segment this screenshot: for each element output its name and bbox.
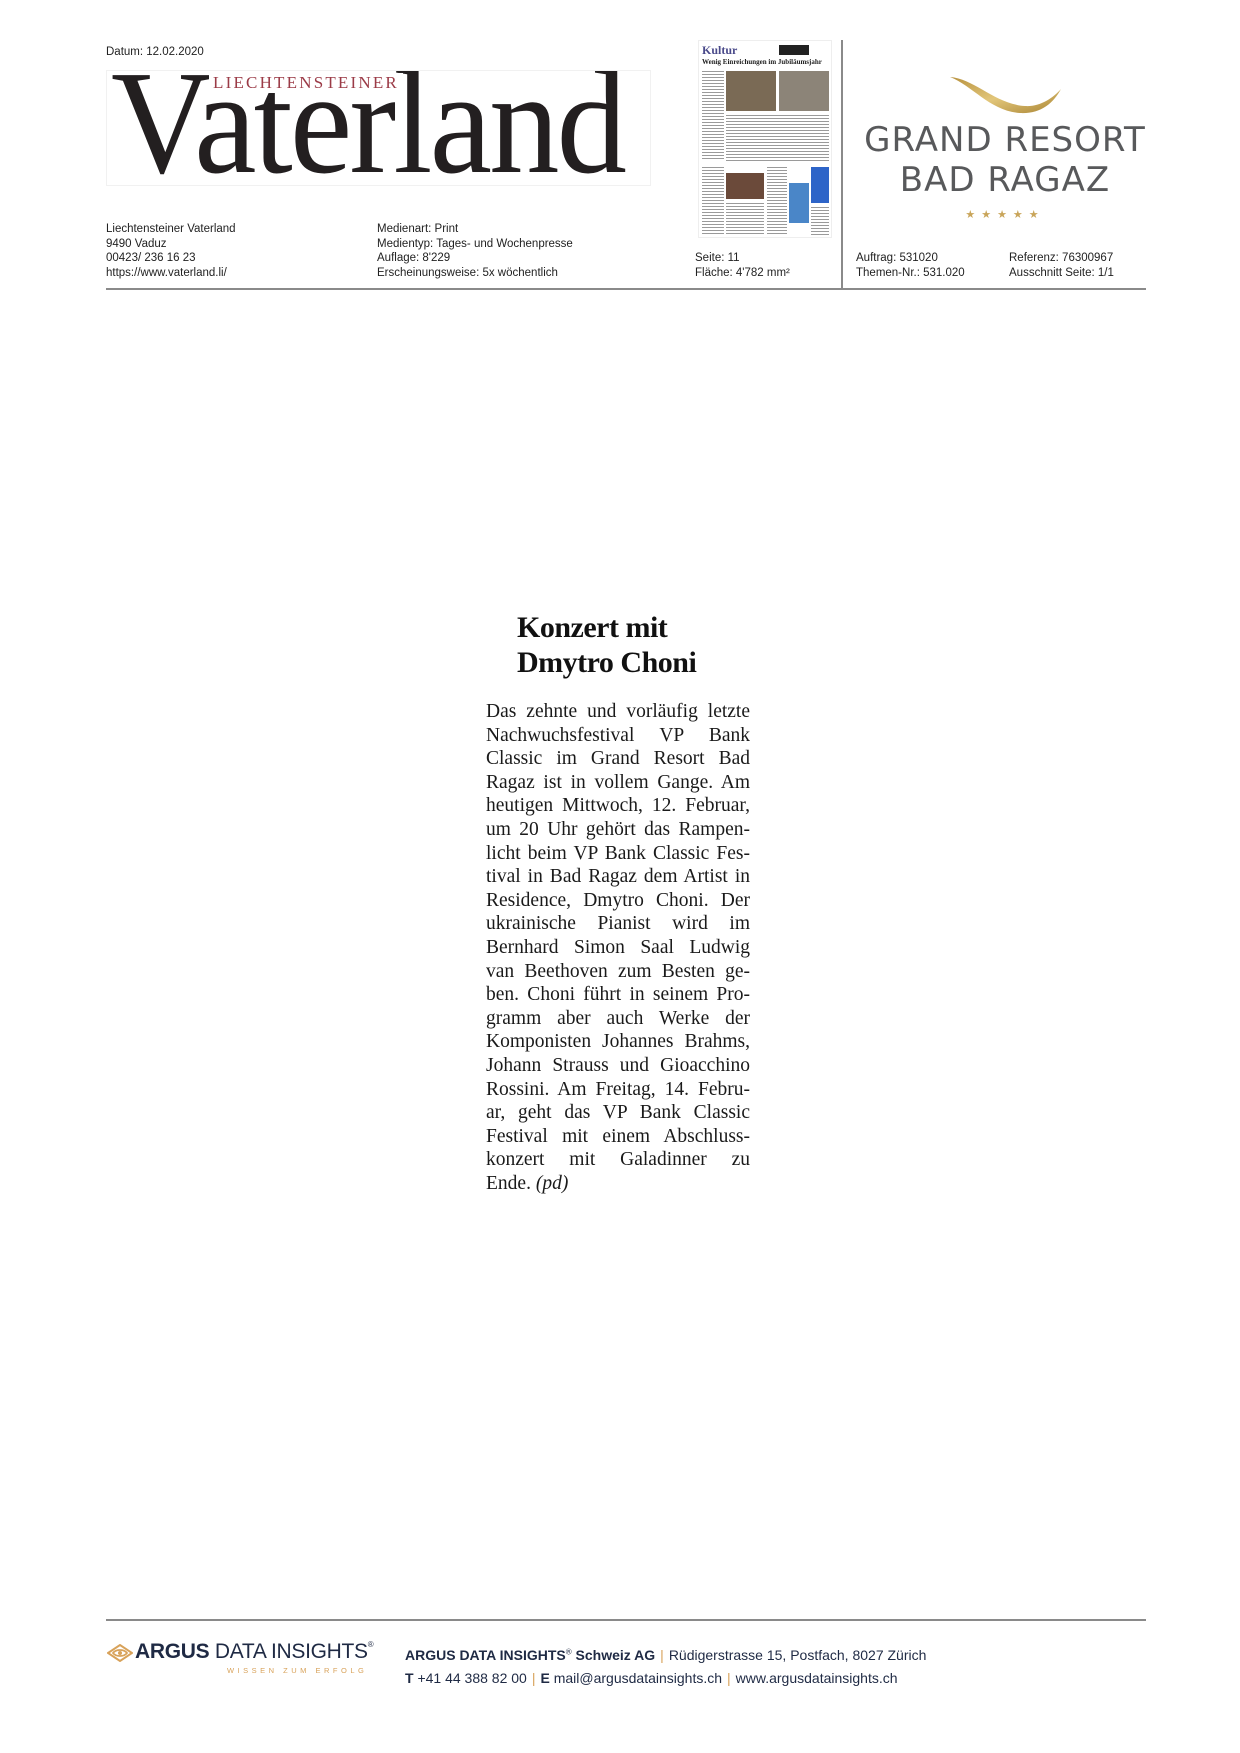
publisher-city: 9490 Vaduz — [106, 237, 236, 252]
media-category: Medientyp: Tages- und Wochenpresse — [377, 237, 573, 252]
footer-divider — [106, 1619, 1146, 1621]
thumbnail-text-block — [702, 167, 724, 235]
article-line: van Beethoven zum Besten ge- — [486, 960, 750, 984]
article-last-words: Ende. — [486, 1173, 531, 1194]
footer-company-suffix: Schweiz AG — [576, 1647, 656, 1663]
article-line: Komponisten Johannes Brahms, — [486, 1030, 750, 1054]
order-number: Auftrag: 531020 — [856, 251, 965, 266]
vaterland-logo: Vaterland LIECHTENSTEINER — [106, 70, 651, 186]
footer-separator: | — [660, 1647, 664, 1663]
footer-phone: +41 44 388 82 00 — [417, 1670, 526, 1686]
publisher-name: Liechtensteiner Vaterland — [106, 222, 236, 237]
grand-resort-logo-line1: GRAND RESORT — [850, 120, 1160, 160]
thumbnail-ad — [779, 45, 809, 55]
page-info: Seite: 11 Fläche: 4'782 mm² — [695, 251, 790, 280]
thumbnail-text-block — [702, 71, 724, 161]
article-line: Nachwuchsfestival VP Bank — [486, 724, 750, 748]
swoosh-icon — [945, 74, 1065, 116]
publisher-phone: 00423/ 236 16 23 — [106, 251, 236, 266]
article-line: gramm aber auch Werke der — [486, 1007, 750, 1031]
footer-contact-line: T +41 44 388 82 00|E mail@argusdatainsig… — [405, 1670, 898, 1686]
article-line: heutigen Mittwoch, 12. Februar, — [486, 794, 750, 818]
thumbnail-headline: Wenig Einreichungen im Jubiläumsjahr — [702, 58, 822, 66]
header-vertical-divider — [841, 40, 843, 288]
order-info: Auftrag: 531020 Themen-Nr.: 531.020 — [856, 251, 965, 280]
argus-eye-icon — [107, 1644, 133, 1662]
footer-website[interactable]: www.argusdatainsights.ch — [736, 1670, 898, 1686]
footer-address: Rüdigerstrasse 15, Postfach, 8027 Zürich — [669, 1647, 927, 1663]
publisher-url[interactable]: https://www.vaterland.li/ — [106, 266, 236, 281]
circulation: Auflage: 8'229 — [377, 251, 573, 266]
article-line: um 20 Uhr gehört das Rampen- — [486, 818, 750, 842]
thumbnail-photo — [726, 71, 776, 111]
thumbnail-text-block — [811, 207, 829, 235]
thumbnail-photo — [726, 173, 764, 199]
header-divider — [106, 288, 1146, 290]
article-title: Konzert mit Dmytro Choni — [517, 610, 696, 680]
page-number: Seite: 11 — [695, 251, 790, 266]
reference-number: Referenz: 76300967 — [1009, 251, 1114, 266]
argus-logo-light: DATA INSIGHTS — [215, 1640, 368, 1663]
article-line: Residence, Dmytro Choni. Der — [486, 889, 750, 913]
area: Fläche: 4'782 mm² — [695, 266, 790, 281]
vaterland-logo-subtitle: LIECHTENSTEINER — [209, 73, 403, 93]
argus-logo-tagline: WISSEN ZUM ERFOLG — [227, 1666, 367, 1675]
clipping-page: Ausschnitt Seite: 1/1 — [1009, 266, 1114, 281]
article-line: ukrainische Pianist wird im — [486, 912, 750, 936]
footer-separator: | — [532, 1670, 536, 1686]
article-line: ben. Choni führt in seinem Pro- — [486, 983, 750, 1007]
footer-company: ARGUS DATA INSIGHTS — [405, 1647, 566, 1663]
argus-logo-bold: ARGUS — [135, 1640, 209, 1663]
article-line: konzert mit Galadinner zu — [486, 1148, 750, 1172]
frequency: Erscheinungsweise: 5x wöchentlich — [377, 266, 573, 281]
article-line: ar, geht das VP Bank Classic — [486, 1101, 750, 1125]
article-title-line1: Konzert mit — [517, 610, 696, 645]
article-author: (pd) — [536, 1173, 569, 1194]
media-info: Medienart: Print Medientyp: Tages- und W… — [377, 222, 573, 280]
argus-logo: ARGUS DATA INSIGHTS® WISSEN ZUM ERFOLG — [107, 1640, 357, 1680]
reference-info: Referenz: 76300967 Ausschnitt Seite: 1/1 — [1009, 251, 1114, 280]
publisher-info: Liechtensteiner Vaterland 9490 Vaduz 004… — [106, 222, 236, 280]
article-body: Das zehnte und vorläufig letzte Nachwuch… — [486, 700, 750, 1195]
thumbnail-photo — [779, 71, 829, 111]
thumbnail-text-block — [767, 167, 787, 235]
article-line: Ragaz ist in vollem Gange. Am — [486, 771, 750, 795]
article-line: Classic im Grand Resort Bad — [486, 747, 750, 771]
thumbnail-text-block — [726, 203, 764, 235]
footer-email-label: E — [540, 1670, 549, 1686]
article-line: Festival mit einem Abschluss- — [486, 1125, 750, 1149]
article-line: Johann Strauss und Gioacchino — [486, 1054, 750, 1078]
thumbnail-blue-box — [811, 167, 829, 203]
date-label: Datum: 12.02.2020 — [106, 45, 204, 60]
thumbnail-section-label: Kultur — [702, 43, 737, 58]
article-line: Bernhard Simon Saal Ludwig — [486, 936, 750, 960]
thumbnail-photo — [789, 183, 809, 223]
article-line: Rossini. Am Freitag, 14. Febru- — [486, 1078, 750, 1102]
footer-company-registered: ® — [566, 1647, 572, 1656]
argus-logo-registered: ® — [368, 1640, 374, 1649]
footer-company-line: ARGUS DATA INSIGHTS® Schweiz AG|Rüdigers… — [405, 1647, 926, 1663]
topic-number: Themen-Nr.: 531.020 — [856, 266, 965, 281]
star-rating-icon: ★★★★★ — [850, 208, 1160, 221]
grand-resort-logo-line2: BAD RAGAZ — [850, 160, 1160, 200]
article-line: Das zehnte und vorläufig letzte — [486, 700, 750, 724]
article-title-line2: Dmytro Choni — [517, 645, 696, 680]
argus-logo-name: ARGUS DATA INSIGHTS® — [135, 1640, 373, 1664]
article-line: tival in Bad Ragaz dem Artist in — [486, 865, 750, 889]
newspaper-page-thumbnail: Kultur Wenig Einreichungen im Jubiläumsj… — [698, 40, 832, 238]
footer-email[interactable]: mail@argusdatainsights.ch — [554, 1670, 722, 1686]
footer-separator: | — [727, 1670, 731, 1686]
footer-phone-label: T — [405, 1670, 414, 1686]
article-last-line: Ende. (pd) — [486, 1172, 750, 1196]
article-line: licht beim VP Bank Classic Fes- — [486, 842, 750, 866]
grand-resort-logo: GRAND RESORT BAD RAGAZ ★★★★★ — [850, 70, 1160, 230]
thumbnail-text-block — [726, 115, 829, 161]
media-type: Medienart: Print — [377, 222, 573, 237]
